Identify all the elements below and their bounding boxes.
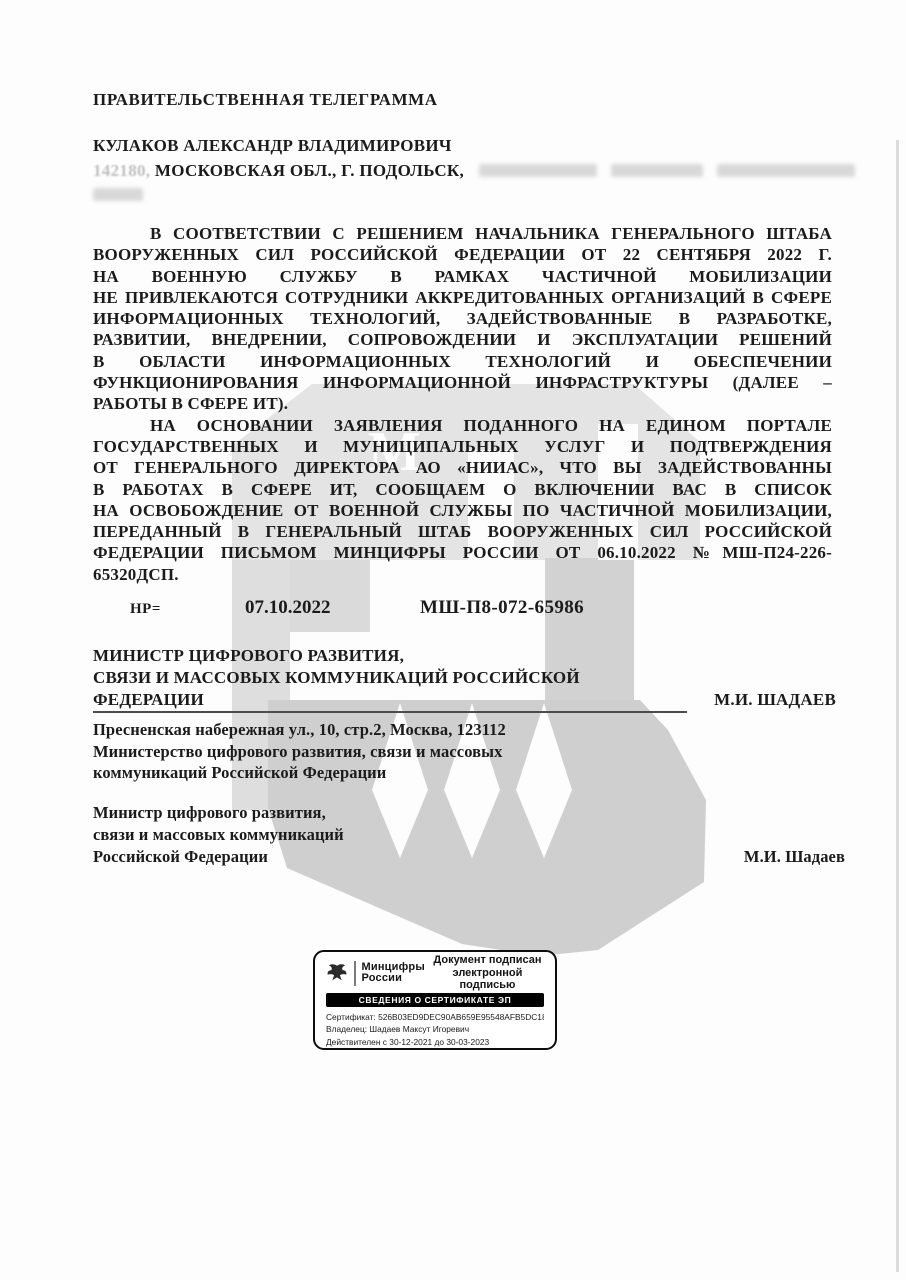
certificate-details: Сертификат: 526B03ED9DEC90AB659E95548AFB…: [326, 1011, 544, 1048]
signatory-title-line: Министр цифрового развития,: [93, 802, 845, 824]
paragraph-line: В РАБОТАХ В СФЕРЕ ИТ, СООБЩАЕМ О ВКЛЮЧЕН…: [93, 479, 832, 500]
ministry-org-name-line: Министерство цифрового развития, связи и…: [93, 741, 506, 763]
signatory-block-caps: МИНИСТР ЦИФРОВОГО РАЗВИТИЯ, СВЯЗИ И МАСС…: [93, 645, 836, 711]
signatory-title-line: СВЯЗИ И МАССОВЫХ КОММУНИКАЦИЙ РОССИЙСКОЙ: [93, 667, 836, 689]
paragraph-line: ИНФОРМАЦИОННЫХ ТЕХНОЛОГИЙ, ЗАДЕЙСТВОВАНН…: [93, 308, 832, 329]
photo-edge-shadow: [896, 140, 899, 1272]
signatory-title-line: МИНИСТР ЦИФРОВОГО РАЗВИТИЯ,: [93, 645, 836, 667]
certificate-info-bar: СВЕДЕНИЯ О СЕРТИФИКАТЕ ЭП: [326, 993, 544, 1007]
redacted-street: [479, 164, 597, 177]
signatory-title-line: ФЕДЕРАЦИИ: [93, 689, 204, 711]
paragraph-line: 65320ДСП.: [93, 564, 832, 585]
redacted-address-fragment: [93, 187, 143, 205]
paragraph-line: В СООТВЕТСТВИИ С РЕШЕНИЕМ НАЧАЛЬНИКА ГЕН…: [93, 223, 832, 244]
reference-date: 07.10.2022: [245, 597, 331, 619]
signatory-title-line: Российской Федерации: [93, 846, 268, 868]
stamp-header-divider: [354, 961, 356, 986]
coat-of-arms-double-eagle-icon: [326, 963, 348, 983]
recipient-address-line: 142180, МОСКОВСКАЯ ОБЛ., Г. ПОДОЛЬСК,: [93, 161, 855, 181]
paragraph-line: ГОСУДАРСТВЕННЫХ И МУНИЦИПАЛЬНЫХ УСЛУГ И …: [93, 436, 832, 457]
telegram-body: В СООТВЕТСТВИИ С РЕШЕНИЕМ НАЧАЛЬНИКА ГЕН…: [93, 223, 832, 585]
stamp-signed-label: Документ подписан электронной подписью: [431, 954, 544, 992]
reference-prefix: НР=: [130, 601, 161, 618]
ministry-street-address: Пресненская набережная ул., 10, стр.2, М…: [93, 719, 506, 741]
paragraph-line: НА ОСНОВАНИИ ЗАЯВЛЕНИЯ ПОДАННОГО НА ЕДИН…: [93, 415, 832, 436]
reference-row: НР= 07.10.2022 МШ-П8-072-65986: [93, 597, 832, 621]
signatory-title-line: связи и массовых коммуникаций: [93, 824, 845, 846]
body-paragraph: В СООТВЕТСТВИИ С РЕШЕНИЕМ НАЧАЛЬНИКА ГЕН…: [93, 223, 832, 415]
paragraph-line: В ОБЛАСТИ ИНФОРМАЦИОННЫХ ТЕХНОЛОГИЙ И ОБ…: [93, 351, 832, 372]
body-paragraph: НА ОСНОВАНИИ ЗАЯВЛЕНИЯ ПОДАННОГО НА ЕДИН…: [93, 415, 832, 585]
paragraph-line: ВООРУЖЕННЫХ СИЛ РОССИЙСКОЙ ФЕДЕРАЦИИ ОТ …: [93, 244, 832, 265]
certificate-validity: Действителен с 30-12-2021 до 30-03-2023: [326, 1036, 544, 1048]
paragraph-line: ПЕРЕДАННЫЙ В ГЕНЕРАЛЬНЫЙ ШТАБ ВООРУЖЕННЫ…: [93, 521, 832, 542]
certificate-owner: Владелец: Шадаев Максут Игоревич: [326, 1023, 544, 1035]
document-page: М ПРАВИТЕЛЬСТВЕННАЯ ТЕЛЕГРАММА КУЛАКОВ А…: [0, 0, 906, 1280]
signatory-name: М.И. Шадаев: [744, 846, 845, 868]
footer-divider-line: [93, 711, 687, 713]
ministry-org-name-line: коммуникаций Российской Федерации: [93, 762, 506, 784]
signatory-block-lower: Министр цифрового развития, связи и масс…: [93, 802, 845, 868]
redacted-apartment: [717, 164, 855, 177]
recipient-name: КУЛАКОВ АЛЕКСАНДР ВЛАДИМИРОВИЧ: [93, 136, 452, 156]
recipient-city: МОСКОВСКАЯ ОБЛ., Г. ПОДОЛЬСК,: [155, 161, 464, 180]
stamp-agency-name: Минцифры России: [362, 962, 425, 985]
paragraph-line: НЕ ПРИВЛЕКАЮТСЯ СОТРУДНИКИ АККРЕДИТОВАНН…: [93, 287, 832, 308]
paragraph-line: ФЕДЕРАЦИИ ПИСЬМОМ МИНЦИФРЫ РОССИИ ОТ 06.…: [93, 542, 832, 563]
digital-signature-stamp: Минцифры России Документ подписан электр…: [313, 950, 557, 1050]
paragraph-line: ФУНКЦИОНИРОВАНИЯ ИНФОРМАЦИОННОЙ ИНФРАСТР…: [93, 372, 832, 393]
paragraph-line: НА ОСВОБОЖДЕНИЕ ОТ ВОЕННОЙ СЛУЖБЫ ПО ЧАС…: [93, 500, 832, 521]
signatory-name: М.И. ШАДАЕВ: [714, 689, 836, 711]
recipient-postal-code: 142180,: [93, 161, 150, 180]
redacted-house: [611, 164, 703, 177]
document-type-label: ПРАВИТЕЛЬСТВЕННАЯ ТЕЛЕГРАММА: [93, 90, 438, 110]
ministry-address-block: Пресненская набережная ул., 10, стр.2, М…: [93, 719, 506, 784]
paragraph-line: РАБОТЫ В СФЕРЕ ИТ).: [93, 393, 832, 414]
paragraph-line: ОТ ГЕНЕРАЛЬНОГО ДИРЕКТОРА АО «НИИАС», ЧТ…: [93, 457, 832, 478]
paragraph-line: РАЗВИТИИ, ВНЕДРЕНИИ, СОПРОВОЖДЕНИИ И ЭКС…: [93, 329, 832, 350]
document-number: МШ-П8-072-65986: [420, 597, 584, 619]
stamp-header: Минцифры России Документ подписан электр…: [326, 957, 544, 989]
paragraph-line: НА ВОЕННУЮ СЛУЖБУ В РАМКАХ ЧАСТИЧНОЙ МОБ…: [93, 266, 832, 287]
certificate-number: Сертификат: 526B03ED9DEC90AB659E95548AFB…: [326, 1011, 544, 1023]
